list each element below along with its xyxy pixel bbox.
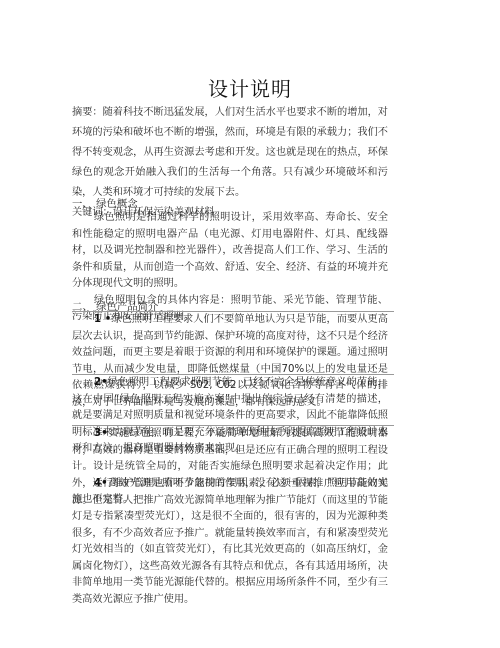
paragraph: 绿色照明是指通过科学的照明设计，采用效率高、寿命长、安全和性能稳定的照明电器产品… <box>72 210 388 293</box>
item-number: 2• <box>94 377 108 388</box>
document-title: 设计说明 <box>0 73 500 102</box>
item-number: 4• <box>94 478 108 489</box>
item-text: 高效光源是照明节能的首要因素，必须重视推广应用高效光源。但是有人把推广高效光源简… <box>72 478 388 605</box>
document-page: 设计说明 摘要：随着科技不断迅猛发展，人们对生活水平也要求不断的增加，对环境的污… <box>0 0 500 648</box>
abstract-text: 摘要：随着科技不断迅猛发展，人们对生活水平也要求不断的增加，对环境的污染和破坏也… <box>72 103 388 203</box>
item-number: 3• <box>94 428 108 439</box>
section-heading-green-concept: 一、 绿色概念 <box>72 195 138 210</box>
list-item: 4•高效光源是照明节能的首要因素，必须重视推广应用高效光源。但是有人把推广高效光… <box>72 476 388 608</box>
item-number: 1 • <box>94 314 111 325</box>
